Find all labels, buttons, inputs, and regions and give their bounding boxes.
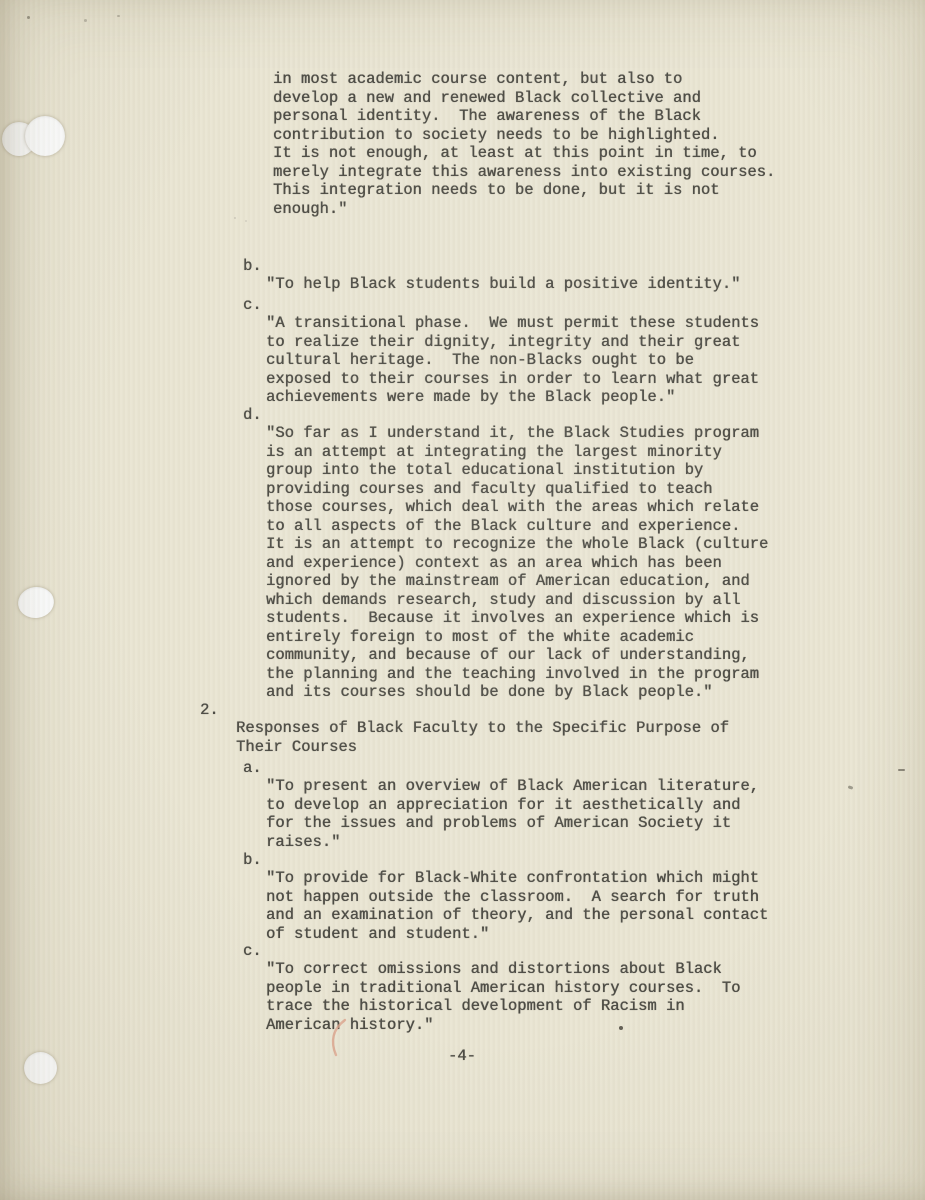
list-item-d: d. "So far as I understand it, the Black… bbox=[0, 387, 37, 461]
section2-item-a: a. "To present an overview of Black Amer… bbox=[0, 740, 37, 814]
list-item-text: "To help Black students build a positive… bbox=[266, 275, 740, 294]
ink-speck bbox=[619, 1026, 623, 1030]
list-item-label: b. bbox=[243, 257, 262, 276]
punch-hole bbox=[16, 585, 56, 621]
section-number: 2. bbox=[200, 701, 219, 720]
list-item-c: c. "A transitional phase. We must permit… bbox=[0, 277, 37, 351]
list-item-text: "So far as I understand it, the Black St… bbox=[266, 424, 768, 702]
list-item-text: "To present an overview of Black America… bbox=[266, 777, 759, 851]
punch-hole bbox=[24, 1052, 57, 1084]
ink-speck bbox=[117, 15, 120, 17]
ink-speck bbox=[848, 785, 854, 790]
ink-speck bbox=[27, 16, 30, 19]
list-item-text: "To provide for Black-White confrontatio… bbox=[266, 869, 768, 943]
list-item-label: b. bbox=[243, 851, 262, 870]
ink-speck bbox=[898, 769, 905, 771]
list-item-label: a. bbox=[243, 759, 262, 778]
list-item-label: c. bbox=[243, 942, 262, 961]
section2-item-b: b. "To provide for Black-White confronta… bbox=[0, 832, 37, 906]
ink-speck bbox=[234, 217, 236, 219]
list-item-label: d. bbox=[243, 406, 262, 425]
ink-speck bbox=[245, 220, 247, 222]
section-heading-text: Responses of Black Faculty to the Specif… bbox=[236, 719, 729, 756]
page-number: -4- bbox=[448, 1047, 476, 1066]
section2-item-c: c. "To correct omissions and distortions… bbox=[0, 923, 37, 997]
handwritten-pencil-mark bbox=[325, 1016, 355, 1058]
list-item-text: "A transitional phase. We must permit th… bbox=[266, 314, 759, 407]
paragraph-a-continuation: in most academic course content, but als… bbox=[273, 70, 775, 218]
ink-speck bbox=[84, 19, 87, 22]
list-item-label: c. bbox=[243, 296, 262, 315]
punch-hole bbox=[25, 116, 65, 156]
scanned-document-page: in most academic course content, but als… bbox=[0, 0, 925, 1200]
